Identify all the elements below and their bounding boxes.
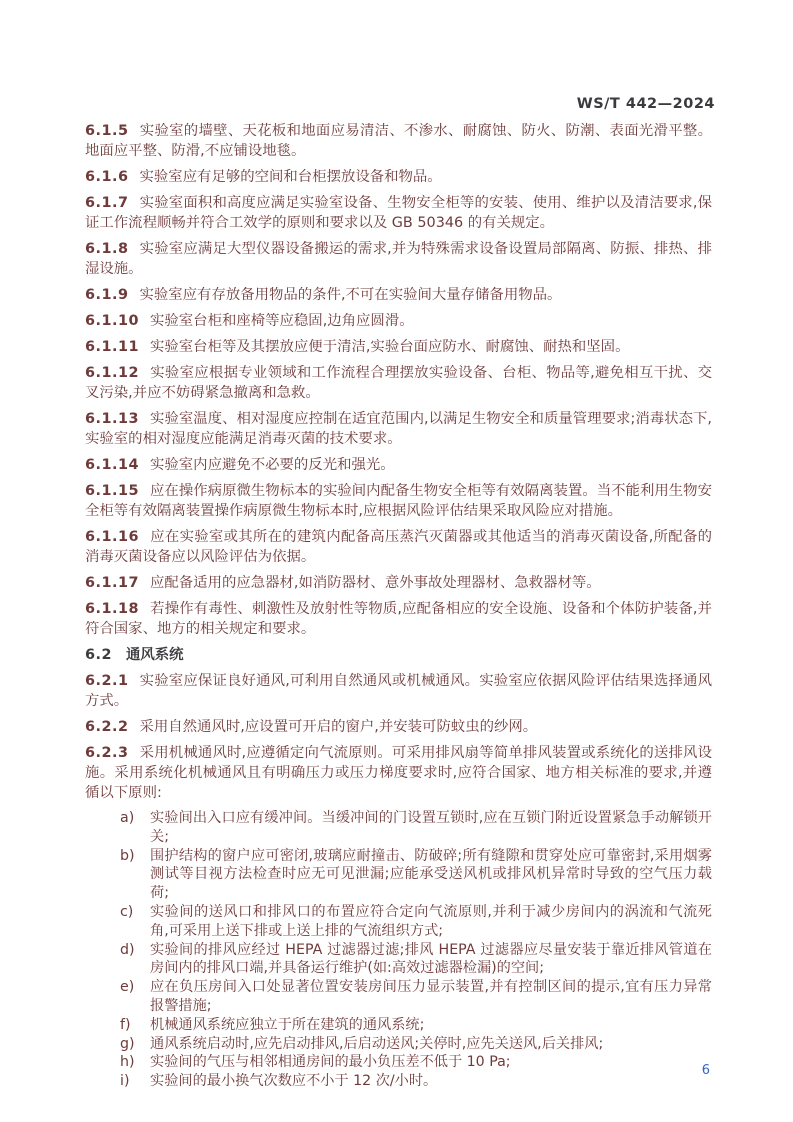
clause-6-1-13: 6.1.13实验室温度、相对湿度应控制在适宜范围内,以满足生物安全和质量管理要求… <box>85 409 712 449</box>
list-item-label: c) <box>120 903 150 941</box>
clause-6-1-9: 6.1.9实验室应有存放备用物品的条件,不可在实验间大量存储备用物品。 <box>85 285 712 305</box>
page-number: 6 <box>702 1063 710 1078</box>
list-item-text: 实验间的气压与相邻相通房间的最小负压差不低于 10 Pa; <box>150 1053 712 1072</box>
clause-6-1-6: 6.1.6实验室应有足够的空间和台柜摆放设备和物品。 <box>85 167 712 187</box>
clause-text: 实验室应有足够的空间和台柜摆放设备和物品。 <box>139 169 441 185</box>
clause-number: 6.1.14 <box>85 457 150 473</box>
document-content: 6.1.5实验室的墙壁、天花板和地面应易清洁、不渗水、耐腐蚀、防火、防潮、表面光… <box>85 121 712 1091</box>
clause-6-1-7: 6.1.7实验室面积和高度应满足实验室设备、生物安全柜等的安装、使用、维护以及清… <box>85 193 712 233</box>
clause-number: 6.1.8 <box>85 241 139 257</box>
list-item-e: e)应在负压房间入口处显著位置安装房间压力显示装置,并有控制区间的提示,宜有压力… <box>120 978 712 1016</box>
list-item-text: 实验间的送风口和排风口的布置应符合定向气流原则,并利于减少房间内的涡流和气流死角… <box>150 903 712 941</box>
clause-number: 6.1.12 <box>85 365 150 381</box>
clause-number: 6.2.2 <box>85 719 139 735</box>
clause-number: 6.1.11 <box>85 339 150 355</box>
ventilation-rules-list: a)实验间出入口应有缓冲间。当缓冲间的门设置互锁时,应在互锁门附近设置紧急手动解… <box>120 809 712 1091</box>
clause-6-1-12: 6.1.12实验室应根据专业领域和工作流程合理摆放实验设备、台柜、物品等,避免相… <box>85 363 712 403</box>
clause-6-2-3: 6.2.3采用机械通风时,应遵循定向气流原则。可采用排风扇等简单排风装置或系统化… <box>85 743 712 803</box>
list-item-label: i) <box>120 1072 150 1091</box>
clause-number: 6.2.3 <box>85 745 139 761</box>
list-item-label: a) <box>120 809 150 847</box>
list-item-label: f) <box>120 1016 150 1035</box>
clause-number: 6.1.7 <box>85 195 139 211</box>
list-item-text: 实验间的最小换气次数应不小于 12 次/小时。 <box>150 1072 712 1091</box>
list-item-h: h)实验间的气压与相邻相通房间的最小负压差不低于 10 Pa; <box>120 1053 712 1072</box>
list-item-text: 机械通风系统应独立于所在建筑的通风系统; <box>150 1016 712 1035</box>
clause-6-1-8: 6.1.8实验室应满足大型仪器设备搬运的需求,并为特殊需求设备设置局部隔离、防振… <box>85 239 712 279</box>
list-item-i: i)实验间的最小换气次数应不小于 12 次/小时。 <box>120 1072 712 1091</box>
clause-text: 采用机械通风时,应遵循定向气流原则。可采用排风扇等简单排风装置或系统化的送排风设… <box>85 745 712 801</box>
clause-text: 实验室应根据专业领域和工作流程合理摆放实验设备、台柜、物品等,避免相互干扰、交叉… <box>85 365 712 401</box>
clause-6-2-2: 6.2.2采用自然通风时,应设置可开启的窗户,并安装可防蚊虫的纱网。 <box>85 717 712 737</box>
clause-number: 6.2.1 <box>85 673 139 689</box>
list-item-text: 实验间的排风应经过 HEPA 过滤器过滤;排风 HEPA 过滤器应尽量安装于靠近… <box>150 941 712 979</box>
clause-number: 6.1.16 <box>85 529 150 545</box>
clause-text: 应在操作病原微生物标本的实验间内配备生物安全柜等有效隔离装置。当不能利用生物安全… <box>85 483 712 519</box>
clause-text: 实验室的墙壁、天花板和地面应易清洁、不渗水、耐腐蚀、防火、防潮、表面光滑平整。地… <box>85 123 712 159</box>
clause-6-1-14: 6.1.14实验室内应避免不必要的反光和强光。 <box>85 455 712 475</box>
clause-number: 6.1.9 <box>85 287 139 303</box>
list-item-label: g) <box>120 1035 150 1054</box>
clause-text: 实验室应满足大型仪器设备搬运的需求,并为特殊需求设备设置局部隔离、防振、排热、排… <box>85 241 712 277</box>
clause-text: 实验室面积和高度应满足实验室设备、生物安全柜等的安装、使用、维护以及清洁要求,保… <box>85 195 712 231</box>
list-item-a: a)实验间出入口应有缓冲间。当缓冲间的门设置互锁时,应在互锁门附近设置紧急手动解… <box>120 809 712 847</box>
page: WS/T 442—2024 6.1.5实验室的墙壁、天花板和地面应易清洁、不渗水… <box>0 0 793 1122</box>
clause-number: 6.1.17 <box>85 575 150 591</box>
clause-text: 若操作有毒性、刺激性及放射性等物质,应配备相应的安全设施、设备和个体防护装备,并… <box>85 601 712 637</box>
clause-number: 6.1.15 <box>85 483 150 499</box>
clause-6-1-17: 6.1.17应配备适用的应急器材,如消防器材、意外事故处理器材、急救器材等。 <box>85 573 712 593</box>
clause-text: 实验室应保证良好通风,可利用自然通风或机械通风。实验室应依据风险评估结果选择通风… <box>85 673 712 709</box>
clause-text: 采用自然通风时,应设置可开启的窗户,并安装可防蚊虫的纱网。 <box>139 719 537 735</box>
list-item-label: h) <box>120 1053 150 1072</box>
clause-6-1-18: 6.1.18若操作有毒性、刺激性及放射性等物质,应配备相应的安全设施、设备和个体… <box>85 599 712 639</box>
clause-text: 实验室温度、相对湿度应控制在适宜范围内,以满足生物安全和质量管理要求;消毒状态下… <box>85 411 712 447</box>
list-item-label: d) <box>120 941 150 979</box>
clause-number: 6.1.5 <box>85 123 139 139</box>
clause-number: 6.1.13 <box>85 411 150 427</box>
clause-text: 实验室台柜等及其摆放应便于清洁,实验台面应防水、耐腐蚀、耐热和坚固。 <box>150 339 629 355</box>
section-heading-6-2: 6.2通风系统 <box>85 645 712 665</box>
standard-code: WS/T 442—2024 <box>85 96 715 112</box>
clause-text: 应在实验室或其所在的建筑内配备高压蒸汽灭菌器或其他适当的消毒灭菌设备,所配备的消… <box>85 529 712 565</box>
list-item-f: f)机械通风系统应独立于所在建筑的通风系统; <box>120 1016 712 1035</box>
list-item-label: b) <box>120 847 150 903</box>
clause-text: 应配备适用的应急器材,如消防器材、意外事故处理器材、急救器材等。 <box>150 575 601 591</box>
clause-number: 6.1.18 <box>85 601 150 617</box>
clause-text: 实验室台柜和座椅等应稳固,边角应圆滑。 <box>150 313 414 329</box>
list-item-d: d)实验间的排风应经过 HEPA 过滤器过滤;排风 HEPA 过滤器应尽量安装于… <box>120 941 712 979</box>
clause-number: 6.1.10 <box>85 313 150 329</box>
list-item-g: g)通风系统启动时,应先启动排风,后启动送风;关停时,应先关送风,后关排风; <box>120 1035 712 1054</box>
clause-6-1-16: 6.1.16应在实验室或其所在的建筑内配备高压蒸汽灭菌器或其他适当的消毒灭菌设备… <box>85 527 712 567</box>
clause-6-1-10: 6.1.10实验室台柜和座椅等应稳固,边角应圆滑。 <box>85 311 712 331</box>
list-item-text: 围护结构的窗户应可密闭,玻璃应耐撞击、防破碎;所有缝隙和贯穿处应可靠密封,采用烟… <box>150 847 712 903</box>
clause-6-1-15: 6.1.15应在操作病原微生物标本的实验间内配备生物安全柜等有效隔离装置。当不能… <box>85 481 712 521</box>
list-item-b: b)围护结构的窗户应可密闭,玻璃应耐撞击、防破碎;所有缝隙和贯穿处应可靠密封,采… <box>120 847 712 903</box>
list-item-text: 实验间出入口应有缓冲间。当缓冲间的门设置互锁时,应在互锁门附近设置紧急手动解锁开… <box>150 809 712 847</box>
clause-6-2-1: 6.2.1实验室应保证良好通风,可利用自然通风或机械通风。实验室应依据风险评估结… <box>85 671 712 711</box>
clause-6-1-5: 6.1.5实验室的墙壁、天花板和地面应易清洁、不渗水、耐腐蚀、防火、防潮、表面光… <box>85 121 712 161</box>
list-item-label: e) <box>120 978 150 1016</box>
clause-number: 6.1.6 <box>85 169 139 185</box>
list-item-text: 应在负压房间入口处显著位置安装房间压力显示装置,并有控制区间的提示,宜有压力异常… <box>150 978 712 1016</box>
clause-6-1-11: 6.1.11实验室台柜等及其摆放应便于清洁,实验台面应防水、耐腐蚀、耐热和坚固。 <box>85 337 712 357</box>
section-number: 6.2 <box>85 647 126 663</box>
document-page: { "header": { "standard_code": "WS/T 442… <box>0 0 793 1122</box>
list-item-c: c)实验间的送风口和排风口的布置应符合定向气流原则,并利于减少房间内的涡流和气流… <box>120 903 712 941</box>
list-item-text: 通风系统启动时,应先启动排风,后启动送风;关停时,应先关送风,后关排风; <box>150 1035 712 1054</box>
clause-text: 实验室内应避免不必要的反光和强光。 <box>150 457 395 473</box>
clause-text: 实验室应有存放备用物品的条件,不可在实验间大量存储备用物品。 <box>139 287 561 303</box>
section-title: 通风系统 <box>126 647 184 663</box>
